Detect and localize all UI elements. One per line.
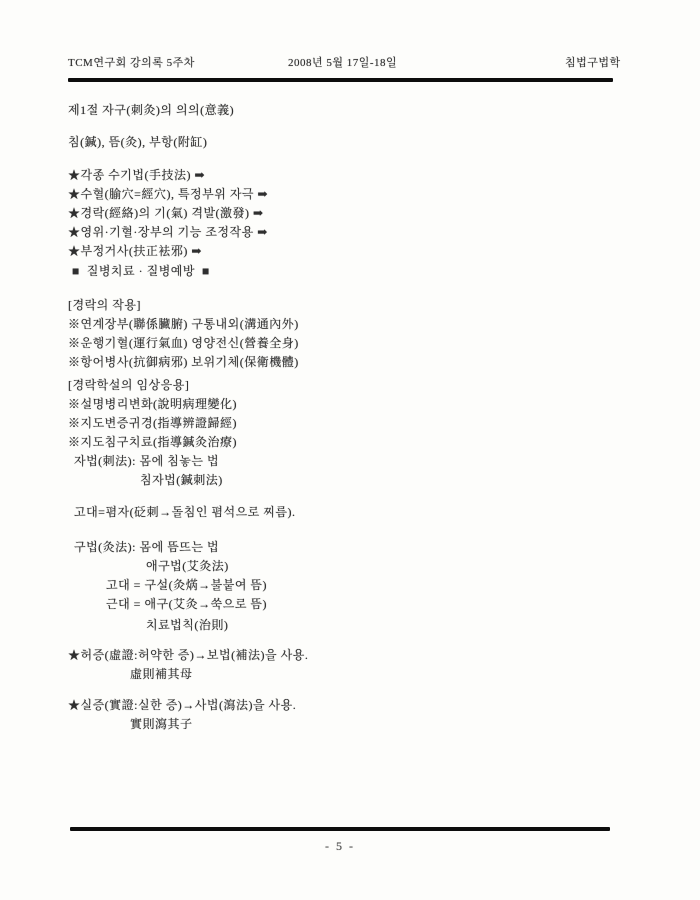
jabeop-definition: 자법(刺法): 몸에 침놓는 법 <box>68 452 237 471</box>
deficiency-rule-line: ★허증(虛證:허약한 증)→보법(補法)을 사용. <box>68 646 308 665</box>
gubeop-term: 애구법(艾灸法) <box>74 557 267 576</box>
ancient-needling-note: 고대=폄자(砭刺→돌침인 폄석으로 찌름). <box>74 503 295 522</box>
deficiency-syndrome-block: ★허증(虛證:허약한 증)→보법(補法)을 사용. 虛則補其母 <box>68 646 308 684</box>
gubeop-ancient-line: 고대 = 구설(灸焫→불붙여 뜸) <box>74 576 267 595</box>
footer-divider-rule <box>70 827 610 831</box>
excess-rule-line: ★실증(實證:실한 증)→사법(瀉法)을 사용. <box>68 696 296 715</box>
star-item: ★수혈(腧穴=經穴), 특정부위 자극 ➡ <box>68 185 268 204</box>
star-list: ★각종 수기법(手技法) ➡ ★수혈(腧穴=經穴), 특정부위 자극 ➡ ★경락… <box>68 166 268 261</box>
list-item: ※지도침구치료(指導鍼灸治療) <box>68 433 237 452</box>
jabeop-term: 침자법(鍼刺法) <box>68 471 237 490</box>
star-item: ★경락(經絡)의 기(氣) 격발(激發) ➡ <box>68 204 268 223</box>
section-title: 제1절 자구(刺灸)의 의의(意義) <box>68 101 234 120</box>
treatment-principle-heading: 치료법칙(治則) <box>146 616 228 635</box>
deficiency-hanja-line: 虛則補其母 <box>68 665 308 684</box>
gubeop-modern-line: 근대 = 애구(艾灸→쑥으로 뜸) <box>74 595 267 614</box>
gubeop-definition: 구법(灸法): 몸에 뜸뜨는 법 <box>74 538 267 557</box>
section-heading: [경락학설의 임상응용] <box>68 376 237 395</box>
star-item: ★부정거사(扶正袪邪) ➡ <box>68 242 268 261</box>
meridian-function-section: [경락의 작용] ※연계장부(聯係臟腑) 구통내외(溝通內外) ※운행기혈(運行… <box>68 296 299 372</box>
list-item: ※설명병리변화(說明病理變化) <box>68 395 237 414</box>
result-line: ■ 질병치료 · 질병예방 ■ <box>72 262 210 281</box>
header-date: 2008년 5월 17일-18일 <box>288 54 397 73</box>
clinical-application-section: [경락학설의 임상응용] ※설명병리변화(說明病理變化) ※지도변증귀경(指導辨… <box>68 376 237 490</box>
list-item: ※항어병사(抗御病邪) 보위기체(保衛機體) <box>68 353 299 372</box>
header-divider-rule <box>68 78 613 82</box>
star-item: ★영위·기혈·장부의 기능 조정작용 ➡ <box>68 223 268 242</box>
list-item: ※연계장부(聯係臟腑) 구통내외(溝通內外) <box>68 315 299 334</box>
excess-syndrome-block: ★실증(實證:실한 증)→사법(瀉法)을 사용. 實則瀉其子 <box>68 696 296 734</box>
section-heading: [경락의 작용] <box>68 296 299 315</box>
star-item: ★각종 수기법(手技法) ➡ <box>68 166 268 185</box>
scanned-lecture-page: TCM연구회 강의록 5주차 2008년 5월 17일-18일 침법구법학 제1… <box>0 0 700 900</box>
excess-hanja-line: 實則瀉其子 <box>68 715 296 734</box>
list-item: ※지도변증귀경(指導辨證歸經) <box>68 414 237 433</box>
header-subject: 침법구법학 <box>565 54 621 73</box>
tools-line: 침(鍼), 뜸(灸), 부항(附缸) <box>68 133 207 152</box>
moxibustion-section: 구법(灸法): 몸에 뜸뜨는 법 애구법(艾灸法) 고대 = 구설(灸焫→불붙여… <box>74 538 267 614</box>
list-item: ※운행기혈(運行氣血) 영양전신(營養全身) <box>68 334 299 353</box>
page-number: - 5 - <box>0 839 680 854</box>
header-course-title: TCM연구회 강의록 5주차 <box>68 54 195 73</box>
